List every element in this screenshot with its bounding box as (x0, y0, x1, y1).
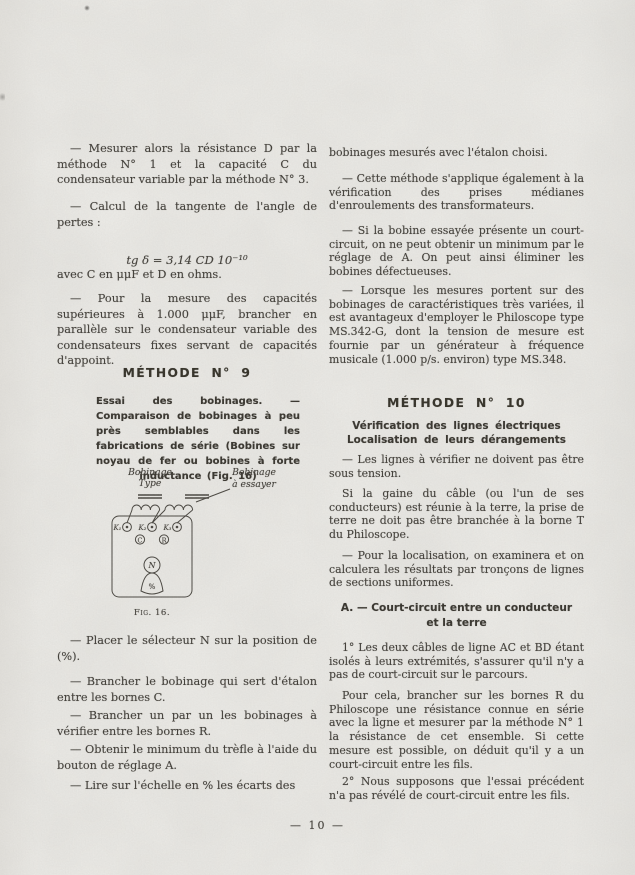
para-obtenir-minimum: — Obtenir le minimum du trèfle à l'aide … (57, 742, 317, 773)
section-a-heading: A. — Court-circuit entre un conducteur e… (329, 601, 584, 631)
circuit-drawing (112, 489, 230, 597)
coil-type-label-line1: Bobinage (127, 467, 172, 478)
selector-n-label: N (148, 561, 157, 570)
para-si-bobine: — Si la bobine essayée présente un court… (329, 224, 584, 279)
para-lorsque-mesures: — Lorsque les mesures portent sur des bo… (329, 284, 584, 366)
para-cables-isoles: 1° Les deux câbles de ligne AC et BD éta… (329, 641, 584, 682)
formula-tg-delta: tg δ = 3,14 CD 10⁻¹⁰ (57, 253, 317, 267)
method-9-heading: MÉTHODE N° 9 (57, 366, 317, 380)
scan-edge-mark (0, 92, 5, 102)
para-localisation: — Pour la localisation, on examinera et … (329, 549, 584, 590)
para-mesurer-resistance: — Mesurer alors la résistance D par la m… (57, 141, 317, 188)
terminal-k2-label: K₂ (137, 524, 146, 532)
terminal-k1-label: K₁ (112, 524, 121, 532)
para-avec-unites: avec C en μμF et D en ohms. (57, 267, 317, 283)
para-brancher-etalon: — Brancher le bobinage qui sert d'étalon… (57, 674, 317, 705)
para-mesure-capacites: — Pour la mesure des capacités supérieur… (57, 291, 317, 369)
para-placer-selecteur: — Placer le sélecteur N sur la position … (57, 633, 317, 664)
para-bobinages-mesures: bobinages mesurés avec l'étalon choisi. (329, 146, 584, 160)
para-cette-methode: — Cette méthode s'applique également à l… (329, 172, 584, 213)
figure-16: Bobinage Type Bobinage à essayer K₁ K₂ K… (92, 462, 304, 632)
figure-16-caption: Fig. 16. (134, 608, 170, 618)
scan-smudge (84, 5, 90, 11)
para-brancher-verifier: — Brancher un par un les bobinages à vér… (57, 708, 317, 739)
borne-r-label: R (162, 536, 167, 544)
coil-test-label-line1: Bobinage (231, 467, 276, 478)
borne-c-label: C (138, 536, 143, 544)
method-10-subtitle-line1: Vérification des lignes électriques (329, 419, 584, 433)
para-calcul-tangente: — Calcul de la tangente de l'angle de pe… (57, 199, 317, 230)
coil-winding-left (132, 505, 160, 510)
coil-labels: Bobinage Type Bobinage à essayer (127, 467, 276, 490)
method-10-subtitle: Vérification des lignes électriques Loca… (329, 419, 584, 447)
para-nous-supposons: 2° Nous supposons que l'essai précédent … (329, 775, 584, 802)
para-lire-echelle: — Lire sur l'échelle en % les écarts des (57, 778, 317, 794)
selector-knob: N % (141, 557, 163, 594)
section-a-heading-line2: et la terre (329, 616, 584, 631)
coil-type-label-line2: Type (139, 478, 162, 489)
page-number: — 10 — (0, 819, 635, 832)
para-pour-cela: Pour cela, brancher sur les bornes R du … (329, 689, 584, 771)
terminal-k3-label: K₃ (162, 524, 171, 532)
coil-test-label-line2: à essayer (232, 479, 276, 490)
terminals: K₁ K₂ K₃ C R (112, 523, 181, 545)
para-lignes-tension: — Les lignes à vérifier ne doivent pas ê… (329, 453, 584, 480)
method-10-heading: MÉTHODE N° 10 (329, 396, 584, 410)
coil-core-bars (138, 495, 209, 498)
section-a-heading-line1: A. — Court-circuit entre un conducteur (329, 601, 584, 616)
method-10-subtitle-line2: Localisation de leurs dérangements (329, 433, 584, 447)
coil-winding-right (165, 505, 193, 510)
scanned-document-page: — Mesurer alors la résistance D par la m… (0, 0, 635, 875)
selector-scale-label: % (149, 583, 156, 591)
para-gaine-cable: Si la gaine du câble (ou l'un de ses con… (329, 487, 584, 542)
